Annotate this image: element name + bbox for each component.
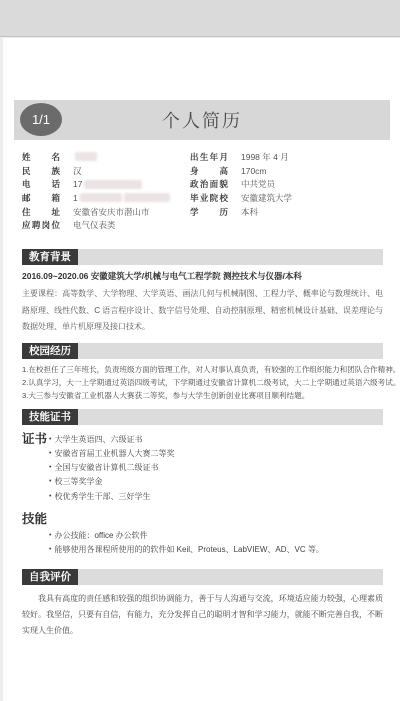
field-position: 应聘岗位 电气仪表类: [22, 218, 190, 232]
field-height-value: 170cm: [241, 166, 267, 176]
field-phone-value: 17: [73, 179, 142, 189]
section-campus-header: 校园经历: [22, 343, 383, 359]
skill-item: 能够使用各课程所使用的的软件如 Keil、Proteus、LabVIEW、AD、…: [49, 543, 383, 558]
education-period-line: 2016.09~2020.06 安徽建筑大学/机械与电气工程学院 测控技术与仪器…: [22, 270, 383, 283]
field-email-value: 1: [73, 193, 170, 203]
field-email-label: 邮箱: [22, 192, 60, 204]
field-phone: 电话 17: [22, 177, 190, 191]
personal-info-right: 出生年月 1998 年 4 月 身高 170cm 政治面貌 中共党员 毕业院校 …: [190, 150, 383, 232]
resume-header-bar: 1/1 个人简历: [14, 100, 390, 140]
personal-info: 姓名 民族 汉 电话 17 邮箱 1 住址 安徽省安庆市潜山市: [22, 150, 383, 232]
field-political-value: 中共党员: [241, 178, 275, 190]
viewer-toolbar: [0, 0, 400, 37]
campus-item: 1.在校担任了三年班长，负责班级方面的管理工作，对人对事认真负责，有较强的工作组…: [22, 363, 383, 376]
section-selfeval-title: 自我评价: [22, 569, 78, 585]
field-school: 毕业院校 安徽建筑大学: [190, 191, 383, 205]
certificate-item: 大学生英语四、六级证书: [49, 433, 174, 447]
field-height-label: 身高: [190, 165, 228, 177]
field-school-label: 毕业院校: [190, 192, 228, 204]
field-height: 身高 170cm: [190, 164, 383, 178]
section-skills-title: 技能证书: [22, 409, 78, 425]
field-birth-label: 出生年月: [190, 151, 228, 163]
certificates-list: 大学生英语四、六级证书 安徽省首届工业机器人大赛二等奖 全国与安徽省计算机二级证…: [49, 432, 174, 504]
section-skills-bar: [78, 409, 383, 425]
field-phone-label: 电话: [22, 178, 60, 190]
field-birth-value: 1998 年 4 月: [241, 151, 289, 163]
certificates-label: 证书: [22, 432, 49, 504]
skills-list: 办公技能：office 办公软件 能够使用各课程所使用的的软件如 Keil、Pr…: [49, 528, 383, 558]
self-evaluation-text: 我具有高度的责任感和较强的组织协调能力，善于与人沟通与交流，环境适应能力较强，心…: [22, 591, 383, 639]
field-name-value: [73, 152, 97, 161]
field-political: 政治面貌 中共党员: [190, 177, 383, 191]
section-campus-bar: [78, 343, 383, 359]
field-ethnicity-label: 民族: [22, 165, 60, 177]
skills-label: 技能: [22, 512, 383, 526]
field-political-label: 政治面貌: [190, 178, 228, 190]
certificates-block: 证书 大学生英语四、六级证书 安徽省首届工业机器人大赛二等奖 全国与安徽省计算机…: [22, 432, 383, 504]
section-selfeval-bar: [78, 569, 383, 585]
field-name-label: 姓名: [22, 151, 60, 163]
resume-content: 姓名 民族 汉 电话 17 邮箱 1 住址 安徽省安庆市潜山市: [22, 150, 383, 639]
section-skills-header: 技能证书: [22, 409, 383, 425]
field-degree-value: 本科: [241, 206, 258, 218]
certificate-item: 校优秀学生干部、三好学生: [49, 490, 174, 504]
section-education-header: 教育背景: [22, 249, 383, 265]
redacted-email-2: [124, 193, 170, 202]
field-ethnicity: 民族 汉: [22, 164, 190, 178]
field-degree: 学历 本科: [190, 205, 383, 219]
education-courses: 主要课程：高等数学、大学物理、大学英语、画法几何与机械制图、工程力学、概率论与数…: [22, 286, 383, 336]
redacted-name: [75, 152, 97, 161]
campus-item: 2.认真学习，大一上学期通过英语四级考试，下学期通过安徽省计算机二级考试，大二上…: [22, 376, 383, 389]
field-ethnicity-value: 汉: [73, 165, 82, 177]
campus-experience-list: 1.在校担任了三年班长，负责班级方面的管理工作，对人对事认真负责，有较强的工作组…: [22, 363, 383, 403]
section-campus-title: 校园经历: [22, 343, 78, 359]
field-position-value: 电气仪表类: [73, 219, 116, 231]
campus-item: 3.大三参与安徽省工业机器人大赛获二等奖，参与大学生创新创业比赛项目顺利结题。: [22, 389, 383, 402]
resume-page[interactable]: 1/1 个人简历 姓名 民族 汉 电话 17 邮箱: [3, 38, 400, 701]
field-position-label: 应聘岗位: [22, 219, 60, 231]
field-degree-label: 学历: [190, 206, 228, 218]
field-address-value: 安徽省安庆市潜山市: [73, 206, 150, 218]
section-selfeval-header: 自我评价: [22, 569, 383, 585]
field-name: 姓名: [22, 150, 190, 164]
section-education-title: 教育背景: [22, 249, 78, 265]
certificate-item: 校三等奖学金: [49, 475, 174, 489]
field-school-value: 安徽建筑大学: [241, 192, 292, 204]
field-birth: 出生年月 1998 年 4 月: [190, 150, 383, 164]
field-address-label: 住址: [22, 206, 60, 218]
field-email: 邮箱 1: [22, 191, 190, 205]
certificate-item: 全国与安徽省计算机二级证书: [49, 461, 174, 475]
redacted-phone: [84, 180, 142, 189]
certificate-item: 安徽省首届工业机器人大赛二等奖: [49, 447, 174, 461]
skill-item: 办公技能：office 办公软件: [49, 529, 383, 544]
redacted-email: [80, 193, 122, 202]
section-education-bar: [78, 249, 383, 265]
personal-info-left: 姓名 民族 汉 电话 17 邮箱 1 住址 安徽省安庆市潜山市: [22, 150, 190, 232]
field-address: 住址 安徽省安庆市潜山市: [22, 205, 190, 219]
resume-title: 个人简历: [14, 100, 390, 140]
